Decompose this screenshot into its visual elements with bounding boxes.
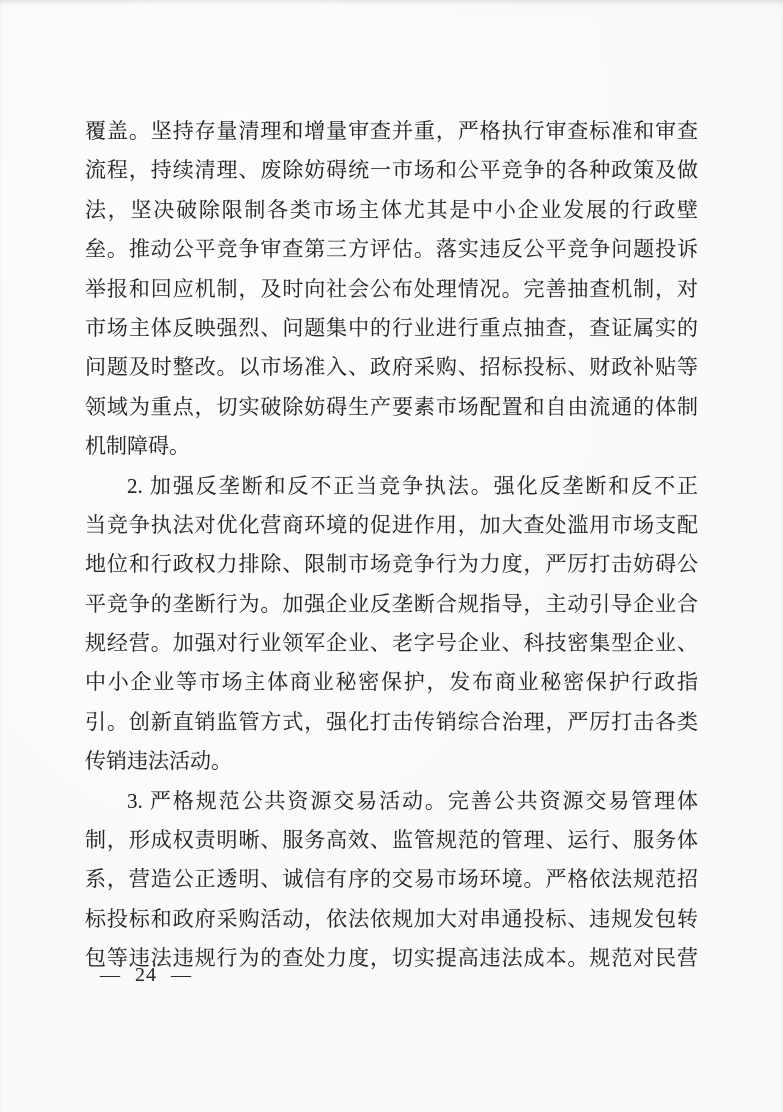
text-line: 当竞争执法对优化营商环境的促进作用，加大查处滥用市场支配	[85, 506, 698, 545]
page-number-value: 24	[135, 964, 157, 986]
paragraph: 3. 严格规范公共资源交易活动。完善公共资源交易管理体 制，形成权责明晰、服务高…	[85, 782, 698, 979]
text-line: 举报和回应机制，及时向社会公布处理情况。完善抽查机制，对	[85, 270, 698, 309]
paragraph: 覆盖。坚持存量清理和增量审查并重，严格执行审查标准和审查 流程，持续清理、废除妨…	[85, 112, 698, 467]
text-line: 中小企业等市场主体商业秘密保护，发布商业秘密保护行政指	[85, 663, 698, 702]
text-line: 3. 严格规范公共资源交易活动。完善公共资源交易管理体	[85, 782, 698, 821]
body-text: 覆盖。坚持存量清理和增量审查并重，严格执行审查标准和审查 流程，持续清理、废除妨…	[85, 112, 698, 979]
text-line: 垒。推动公平竞争审查第三方评估。落实违反公平竞争问题投诉	[85, 230, 698, 269]
text-line: 系，营造公正透明、诚信有序的交易市场环境。严格依法规范招	[85, 860, 698, 899]
text-line: 标投标和政府采购活动，依法依规加大对串通投标、违规发包转	[85, 900, 698, 939]
text-line: 领域为重点，切实破除妨碍生产要素市场配置和自由流通的体制	[85, 388, 698, 427]
text-line: 法，坚决破除限制各类市场主体尤其是中小企业发展的行政壁	[85, 191, 698, 230]
document-page: 覆盖。坚持存量清理和增量审查并重，严格执行审查标准和审查 流程，持续清理、废除妨…	[0, 0, 783, 1112]
text-line: 地位和行政权力排除、限制市场竞争行为力度，严厉打击妨碍公	[85, 545, 698, 584]
text-line: 制，形成权责明晰、服务高效、监管规范的管理、运行、服务体	[85, 821, 698, 860]
text-line: 传销违法活动。	[85, 742, 698, 781]
text-line: 市场主体反映强烈、问题集中的行业进行重点抽查，查证属实的	[85, 309, 698, 348]
text-line: 流程，持续清理、废除妨碍统一市场和公平竞争的各种政策及做	[85, 151, 698, 190]
text-line: 平竞争的垄断行为。加强企业反垄断合规指导，主动引导企业合	[85, 585, 698, 624]
text-line: 问题及时整改。以市场准入、政府采购、招标投标、财政补贴等	[85, 348, 698, 387]
page-number-dash-right: —	[171, 964, 192, 986]
paragraph: 2. 加强反垄断和反不正当竞争执法。强化反垄断和反不正 当竞争执法对优化营商环境…	[85, 467, 698, 782]
page-number: —24—	[100, 964, 192, 987]
text-line: 引。创新直销监管方式，强化打击传销综合治理，严厉打击各类	[85, 703, 698, 742]
text-line: 规经营。加强对行业领军企业、老字号企业、科技密集型企业、	[85, 624, 698, 663]
text-line: 2. 加强反垄断和反不正当竞争执法。强化反垄断和反不正	[85, 467, 698, 506]
text-line: 机制障碍。	[85, 427, 698, 466]
page-number-dash-left: —	[100, 964, 121, 986]
text-line: 覆盖。坚持存量清理和增量审查并重，严格执行审查标准和审查	[85, 112, 698, 151]
